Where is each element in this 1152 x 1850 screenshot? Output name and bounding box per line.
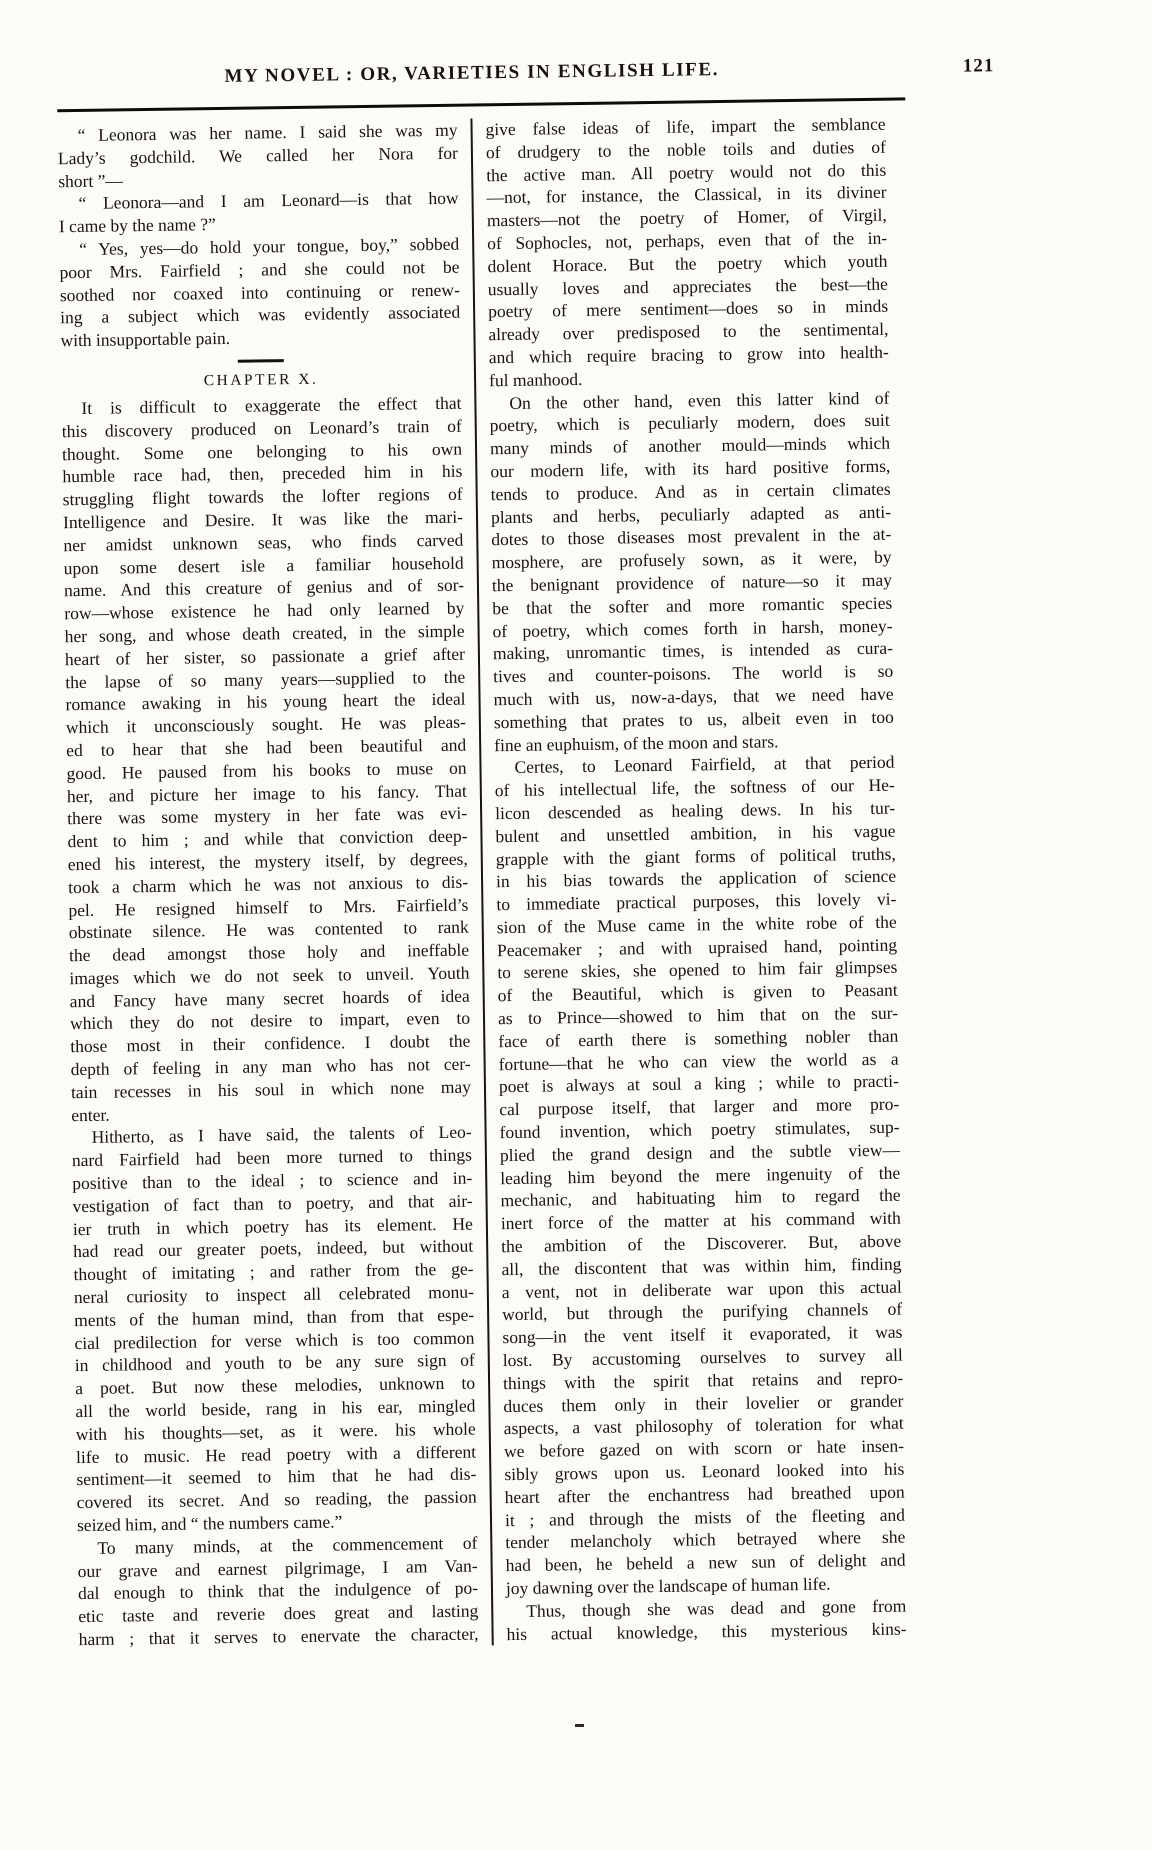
running-title: MY NOVEL : OR, VARIETIES IN ENGLISH LIFE… <box>57 49 887 91</box>
scanned-page: MY NOVEL : OR, VARIETIES IN ENGLISH LIFE… <box>57 47 1039 1652</box>
text-line: his actual knowledge, this mysterious ki… <box>506 1617 906 1645</box>
text-columns: “ Leonora was her name. I said she was m… <box>57 111 1038 1652</box>
column-left: “ Leonora was her name. I said she was m… <box>57 119 478 1652</box>
text-line: with insupportable pain. <box>60 324 460 352</box>
page-number: 121 <box>963 55 995 77</box>
page-header: MY NOVEL : OR, VARIETIES IN ENGLISH LIFE… <box>57 49 888 105</box>
section-divider <box>238 359 284 363</box>
text-line: harm ; that it serves to enervate the ch… <box>78 1623 478 1651</box>
column-right: give false ideas of life, impart the sem… <box>485 113 906 1646</box>
scan-speck-artifact <box>575 1724 584 1727</box>
chapter-heading: CHAPTER X. <box>61 369 461 393</box>
